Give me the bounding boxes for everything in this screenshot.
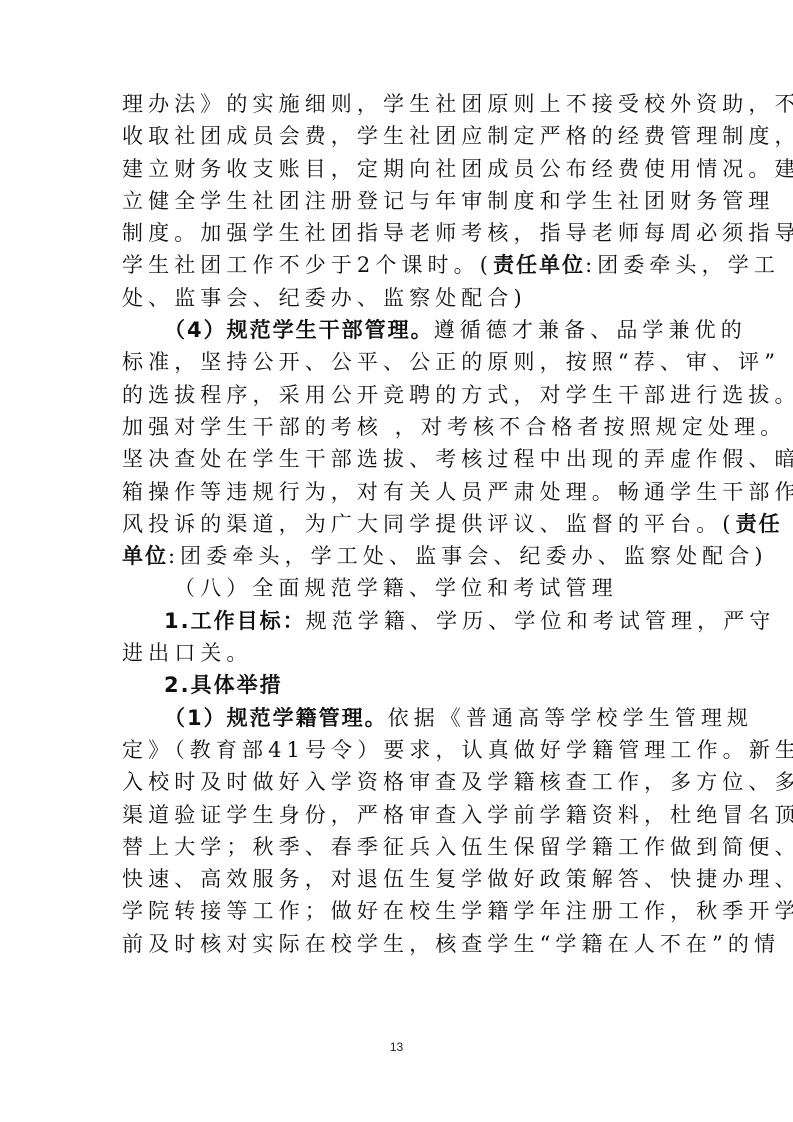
text-line: 标准，坚持公开、公平、公正的原则，按照“荐、审、评”	[122, 346, 674, 378]
bold-text: 责任单位	[493, 253, 585, 277]
bold-text: 责任	[736, 512, 782, 536]
text-run: 立健全学生社团注册登记与年审制度和学生社团财务管理	[122, 189, 775, 213]
text-line: 前及时核对实际在校学生，核查学生“学籍在人不在”的情	[122, 928, 674, 960]
text-run: :团委牵头，学工处、监事会、纪委办、监察处配合)	[168, 544, 768, 568]
text-run: 遵循德才兼备、品学兼优的	[434, 318, 747, 342]
text-line: 1.工作目标：规范学籍、学历、学位和考试管理，严守	[122, 605, 674, 637]
text-run: 制度。加强学生社团指导老师考核，指导老师每周必须指导	[122, 221, 793, 245]
text-run: 学生社团工作不少于2个课时。(	[122, 253, 493, 277]
text-run: 的选拔程序，采用公开竞聘的方式，对学生干部进行选拔。	[122, 383, 793, 407]
page-number: 13	[0, 1040, 793, 1054]
text-line: 处、监事会、纪委办、监察处配合)	[122, 282, 674, 314]
body-text: 理办法》的实施细则，学生社团原则上不接受校外资助，不收取社团成员会费，学生社团应…	[122, 88, 674, 960]
text-line: 进出口关。	[122, 637, 674, 669]
text-run: 替上大学；秋季、春季征兵入伍生保留学籍工作做到简便、	[122, 835, 793, 859]
text-line: 渠道验证学生身份，严格审查入学前学籍资料，杜绝冒名顶	[122, 799, 674, 831]
text-line: 的选拔程序，采用公开竞聘的方式，对学生干部进行选拔。	[122, 379, 674, 411]
text-line: 立健全学生社团注册登记与年审制度和学生社团财务管理	[122, 185, 674, 217]
text-line: 加强对学生干部的考核 ，对考核不合格者按照规定处理。	[122, 411, 674, 443]
text-run: 渠道验证学生身份，严格审查入学前学籍资料，杜绝冒名顶	[122, 803, 793, 827]
text-line: （1）规范学籍管理。依据《普通高等学校学生管理规	[122, 702, 674, 734]
text-run: 前及时核对实际在校学生，核查学生“学籍在人不在”的情	[122, 932, 780, 956]
text-line: 学院转接等工作；做好在校生学籍学年注册工作，秋季开学	[122, 895, 674, 927]
text-line: 坚决查处在学生干部选拔、考核过程中出现的弄虚作假、暗	[122, 443, 674, 475]
text-run: :团委牵头，学工	[585, 253, 780, 277]
text-run: 标准，坚持公开、公平、公正的原则，按照“荐、审、评”	[122, 350, 780, 374]
text-run: 坚决查处在学生干部选拔、考核过程中出现的弄虚作假、暗	[122, 447, 793, 471]
bold-text: 1.工作目标：	[164, 609, 306, 633]
text-line: 建立财务收支账目，定期向社团成员公布经费使用情况。建	[122, 153, 674, 185]
bold-text: 单位	[122, 544, 168, 568]
text-line: 单位:团委牵头，学工处、监事会、纪委办、监察处配合)	[122, 540, 674, 572]
text-run: 定》（教育部41号令）要求，认真做好学籍管理工作。新生	[122, 738, 793, 762]
text-line: 制度。加强学生社团指导老师考核，指导老师每周必须指导	[122, 217, 674, 249]
text-line: 2.具体举措	[122, 669, 674, 701]
text-run: 进出口关。	[122, 641, 253, 665]
text-run: （八）全面规范学籍、学位和考试管理	[174, 576, 618, 600]
text-run: 理办法》的实施细则，学生社团原则上不接受校外资助，不	[122, 92, 793, 116]
text-line: 收取社团成员会费，学生社团应制定严格的经费管理制度，	[122, 120, 674, 152]
bold-text: （1）规范学籍管理。	[164, 706, 388, 730]
text-line: （八）全面规范学籍、学位和考试管理	[122, 572, 674, 604]
text-line: 替上大学；秋季、春季征兵入伍生保留学籍工作做到简便、	[122, 831, 674, 863]
text-run: 加强对学生干部的考核 ，对考核不合格者按照规定处理。	[122, 415, 786, 439]
text-run: 依据《普通高等学校学生管理规	[388, 706, 753, 730]
text-line: 入校时及时做好入学资格审查及学籍核查工作，多方位、多	[122, 766, 674, 798]
document-page: 理办法》的实施细则，学生社团原则上不接受校外资助，不收取社团成员会费，学生社团应…	[0, 0, 793, 1122]
text-run: 入校时及时做好入学资格审查及学籍核查工作，多方位、多	[122, 770, 793, 794]
text-run: 箱操作等违规行为，对有关人员严肃处理。畅通学生干部作	[122, 480, 793, 504]
bold-text: （4）规范学生干部管理。	[164, 318, 434, 342]
text-line: 理办法》的实施细则，学生社团原则上不接受校外资助，不	[122, 88, 674, 120]
text-run: 收取社团成员会费，学生社团应制定严格的经费管理制度，	[122, 124, 793, 148]
text-run: 规范学籍、学历、学位和考试管理，严守	[306, 609, 776, 633]
text-run: 风投诉的渠道，为广大同学提供评议、监督的平台。(	[122, 512, 736, 536]
text-line: 箱操作等违规行为，对有关人员严肃处理。畅通学生干部作	[122, 476, 674, 508]
text-run: 处、监事会、纪委办、监察处配合)	[122, 286, 527, 310]
text-line: 定》（教育部41号令）要求，认真做好学籍管理工作。新生	[122, 734, 674, 766]
text-line: 风投诉的渠道，为广大同学提供评议、监督的平台。(责任	[122, 508, 674, 540]
text-line: 快速、高效服务，对退伍生复学做好政策解答、快捷办理、	[122, 863, 674, 895]
text-line: 学生社团工作不少于2个课时。(责任单位:团委牵头，学工	[122, 249, 674, 281]
text-run: 学院转接等工作；做好在校生学籍学年注册工作，秋季开学	[122, 899, 793, 923]
text-run: 快速、高效服务，对退伍生复学做好政策解答、快捷办理、	[122, 867, 793, 891]
text-line: （4）规范学生干部管理。遵循德才兼备、品学兼优的	[122, 314, 674, 346]
text-run: 建立财务收支账目，定期向社团成员公布经费使用情况。建	[122, 157, 793, 181]
bold-text: 2.具体举措	[164, 673, 283, 697]
